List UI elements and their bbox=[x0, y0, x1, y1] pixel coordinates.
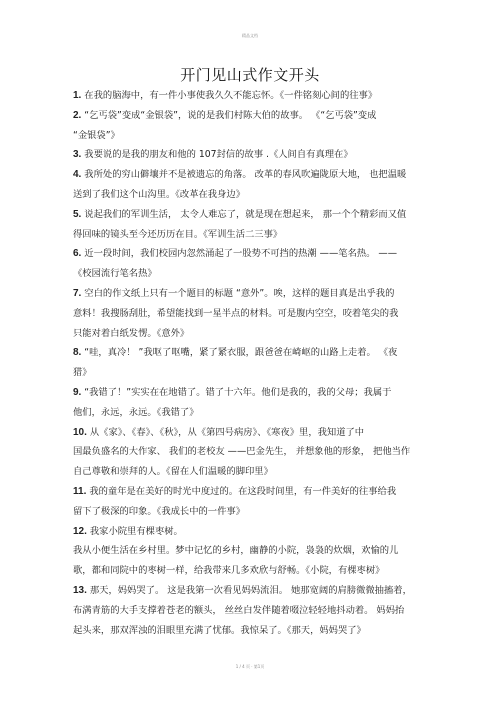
text-line: 12. 我家小院里有棵枣树。 bbox=[73, 522, 453, 542]
text-line: 得回味的镜头至今还历历在目。《军训生活二三事》 bbox=[73, 225, 453, 245]
line-text: 起头来，那双浑浊的泪眼里充满了忧郁。我惊呆了。《那天，妈妈哭了》 bbox=[73, 625, 366, 636]
line-text: “哇，真冷！ ”我呕了呕嘴，紧了紧衣服，跟爸爸在崎岖的山路上走着。 《夜 bbox=[81, 347, 397, 358]
line-text: 只能对着白纸发愣。《意外》 bbox=[73, 328, 189, 339]
text-line: 留下了极深的印象。《我成长中的一件事》 bbox=[73, 502, 453, 522]
text-line: 猎》 bbox=[73, 363, 453, 383]
line-text: “乞丐袋”变成“金银袋”，说的是我们村陈大伯的故事。 《“乞丐袋”变成 bbox=[81, 110, 376, 121]
text-line: 13. 那天，妈妈哭了。 这是我第一次看见妈妈流泪。 她那宽阔的肩膀微微抽搐着， bbox=[73, 581, 453, 601]
text-line: 8. “哇，真冷！ ”我呕了呕嘴，紧了紧衣服，跟爸爸在崎岖的山路上走着。 《夜 bbox=[73, 343, 453, 363]
line-text: 我从小便生活在乡村里。梦中记忆的乡村，幽静的小院，袅袅的炊烟，欢愉的儿 bbox=[73, 545, 398, 556]
line-text: 意料！我搜肠刮肚，希望能找到一星半点的材料。可是腹内空空，咬着笔尖的我 bbox=[73, 308, 398, 319]
page-footer: 1 / 4 页 · 第1页 bbox=[0, 664, 500, 670]
line-text: 说起我们的军训生活， 太令人难忘了，就是现在想起来， 那一个个精彩而又值 bbox=[81, 209, 406, 220]
text-line: 国最负盛名的大作家、 我们的老校友 ——巴金先生， 并想象他的形象， 把他当作 bbox=[73, 442, 453, 462]
line-text: 从《家》、《春》、《秋》，从《第四号病房》、《寒夜》里，我知道了中 bbox=[87, 427, 364, 438]
page-header: 精品文档 bbox=[0, 33, 500, 39]
text-line: 4. 我所处的穷山僻壤并不是被遗忘的角落。 改革的春风吹遍陇原大地， 也把温暖 bbox=[73, 165, 453, 185]
line-text: 那天，妈妈哭了。 这是我第一次看见妈妈流泪。 她那宽阔的肩膀微微抽搐着， bbox=[87, 585, 412, 596]
line-text: 我家小院里有棵枣树。 bbox=[87, 526, 183, 537]
line-text: “金银袋”》 bbox=[73, 130, 120, 141]
text-line: 送到了我们这个山沟里。《改革在我身边》 bbox=[73, 185, 453, 205]
line-text: 自己尊敬和崇拜的人。《留在人们温暖的脚印里》 bbox=[73, 466, 273, 477]
text-line: 他们，永远，永远。《我错了》 bbox=[73, 403, 453, 423]
text-line: 自己尊敬和崇拜的人。《留在人们温暖的脚印里》 bbox=[73, 462, 453, 482]
line-text: 留下了极深的印象。《我成长中的一件事》 bbox=[73, 506, 245, 517]
line-text: 《校园流行笔名热》 bbox=[73, 268, 157, 279]
text-line: 起头来，那双浑浊的泪眼里充满了忧郁。我惊呆了。《那天，妈妈哭了》 bbox=[73, 621, 453, 641]
line-text: 得回味的镜头至今还历历在目。《军训生活二三事》 bbox=[73, 229, 282, 240]
text-line: 意料！我搜肠刮肚，希望能找到一星半点的材料。可是腹内空空，咬着笔尖的我 bbox=[73, 304, 453, 324]
text-line: 9. “我错了！”实实在在地错了。错了十六年。他们是我的，我的父母；我属于 bbox=[73, 383, 453, 403]
text-line: 11. 我的童年是在美好的时光中度过的。在这段时间里，有一件美好的往事给我 bbox=[73, 482, 453, 502]
item-number: 12. bbox=[73, 526, 87, 537]
text-line: 1. 在我的脑海中，有一件小事使我久久不能忘怀。《一件铭刻心间的往事》 bbox=[73, 86, 453, 106]
document-title: 开门见山式作文开头 bbox=[0, 64, 500, 85]
text-line: 只能对着白纸发愣。《意外》 bbox=[73, 324, 453, 344]
text-line: 《校园流行笔名热》 bbox=[73, 264, 453, 284]
line-text: 我的童年是在美好的时光中度过的。在这段时间里，有一件美好的往事给我 bbox=[86, 486, 396, 497]
line-text: 布满青筋的大手支撑着苍老的额头， 丝丝白发伴随着啜泣轻轻地抖动着。 妈妈抬 bbox=[73, 605, 404, 616]
text-line: 我从小便生活在乡村里。梦中记忆的乡村，幽静的小院，袅袅的炊烟，欢愉的儿 bbox=[73, 541, 453, 561]
text-line: 10. 从《家》、《春》、《秋》，从《第四号病房》、《寒夜》里，我知道了中 bbox=[73, 423, 453, 443]
line-text: 送到了我们这个山沟里。《改革在我身边》 bbox=[73, 189, 245, 200]
line-text: “我错了！”实实在在地错了。错了十六年。他们是我的，我的父母；我属于 bbox=[81, 387, 391, 398]
text-line: 歌，都和同院中的枣树一样，给我带来几多欢欣与舒畅。《小院，有棵枣树》 bbox=[73, 561, 453, 581]
text-line: 5. 说起我们的军训生活， 太令人难忘了，就是现在想起来， 那一个个精彩而又值 bbox=[73, 205, 453, 225]
line-text: 他们，永远，永远。《我错了》 bbox=[73, 407, 199, 418]
document-body: 1. 在我的脑海中，有一件小事使我久久不能忘怀。《一件铭刻心间的往事》2. “乞… bbox=[73, 86, 453, 640]
line-text: 我所处的穷山僻壤并不是被遗忘的角落。 改革的春风吹遍陇原大地， 也把温暖 bbox=[81, 169, 406, 180]
item-number: 10. bbox=[73, 427, 87, 438]
text-line: 2. “乞丐袋”变成“金银袋”，说的是我们村陈大伯的故事。 《“乞丐袋”变成 bbox=[73, 106, 453, 126]
text-line: 布满青筋的大手支撑着苍老的额头， 丝丝白发伴随着啜泣轻轻地抖动着。 妈妈抬 bbox=[73, 601, 453, 621]
line-text: 歌，都和同院中的枣树一样，给我带来几多欢欣与舒畅。《小院，有棵枣树》 bbox=[73, 565, 384, 576]
line-text: 近一段时间，我们校园内忽然涌起了一股势不可挡的热潮 ——笔名热。 —— bbox=[81, 248, 397, 259]
line-text: 空白的作文纸上只有一个题目的标题 “意外”。唉，这样的题目真是出乎我的 bbox=[81, 288, 394, 299]
text-line: 7. 空白的作文纸上只有一个题目的标题 “意外”。唉，这样的题目真是出乎我的 bbox=[73, 284, 453, 304]
line-text: 我要说的是我的朋友和他的 107封信的故事 .《人间自有真理在》 bbox=[81, 149, 352, 160]
item-number: 11. bbox=[73, 486, 86, 497]
text-line: 6. 近一段时间，我们校园内忽然涌起了一股势不可挡的热潮 ——笔名热。 —— bbox=[73, 244, 453, 264]
line-text: 在我的脑海中，有一件小事使我久久不能忘怀。《一件铭刻心间的往事》 bbox=[81, 90, 377, 101]
text-line: 3. 我要说的是我的朋友和他的 107封信的故事 .《人间自有真理在》 bbox=[73, 145, 453, 165]
line-text: 猎》 bbox=[73, 367, 92, 378]
text-line: “金银袋”》 bbox=[73, 126, 453, 146]
line-text: 国最负盛名的大作家、 我们的老校友 ——巴金先生， 并想象他的形象， 把他当作 bbox=[73, 446, 410, 457]
item-number: 13. bbox=[73, 585, 87, 596]
